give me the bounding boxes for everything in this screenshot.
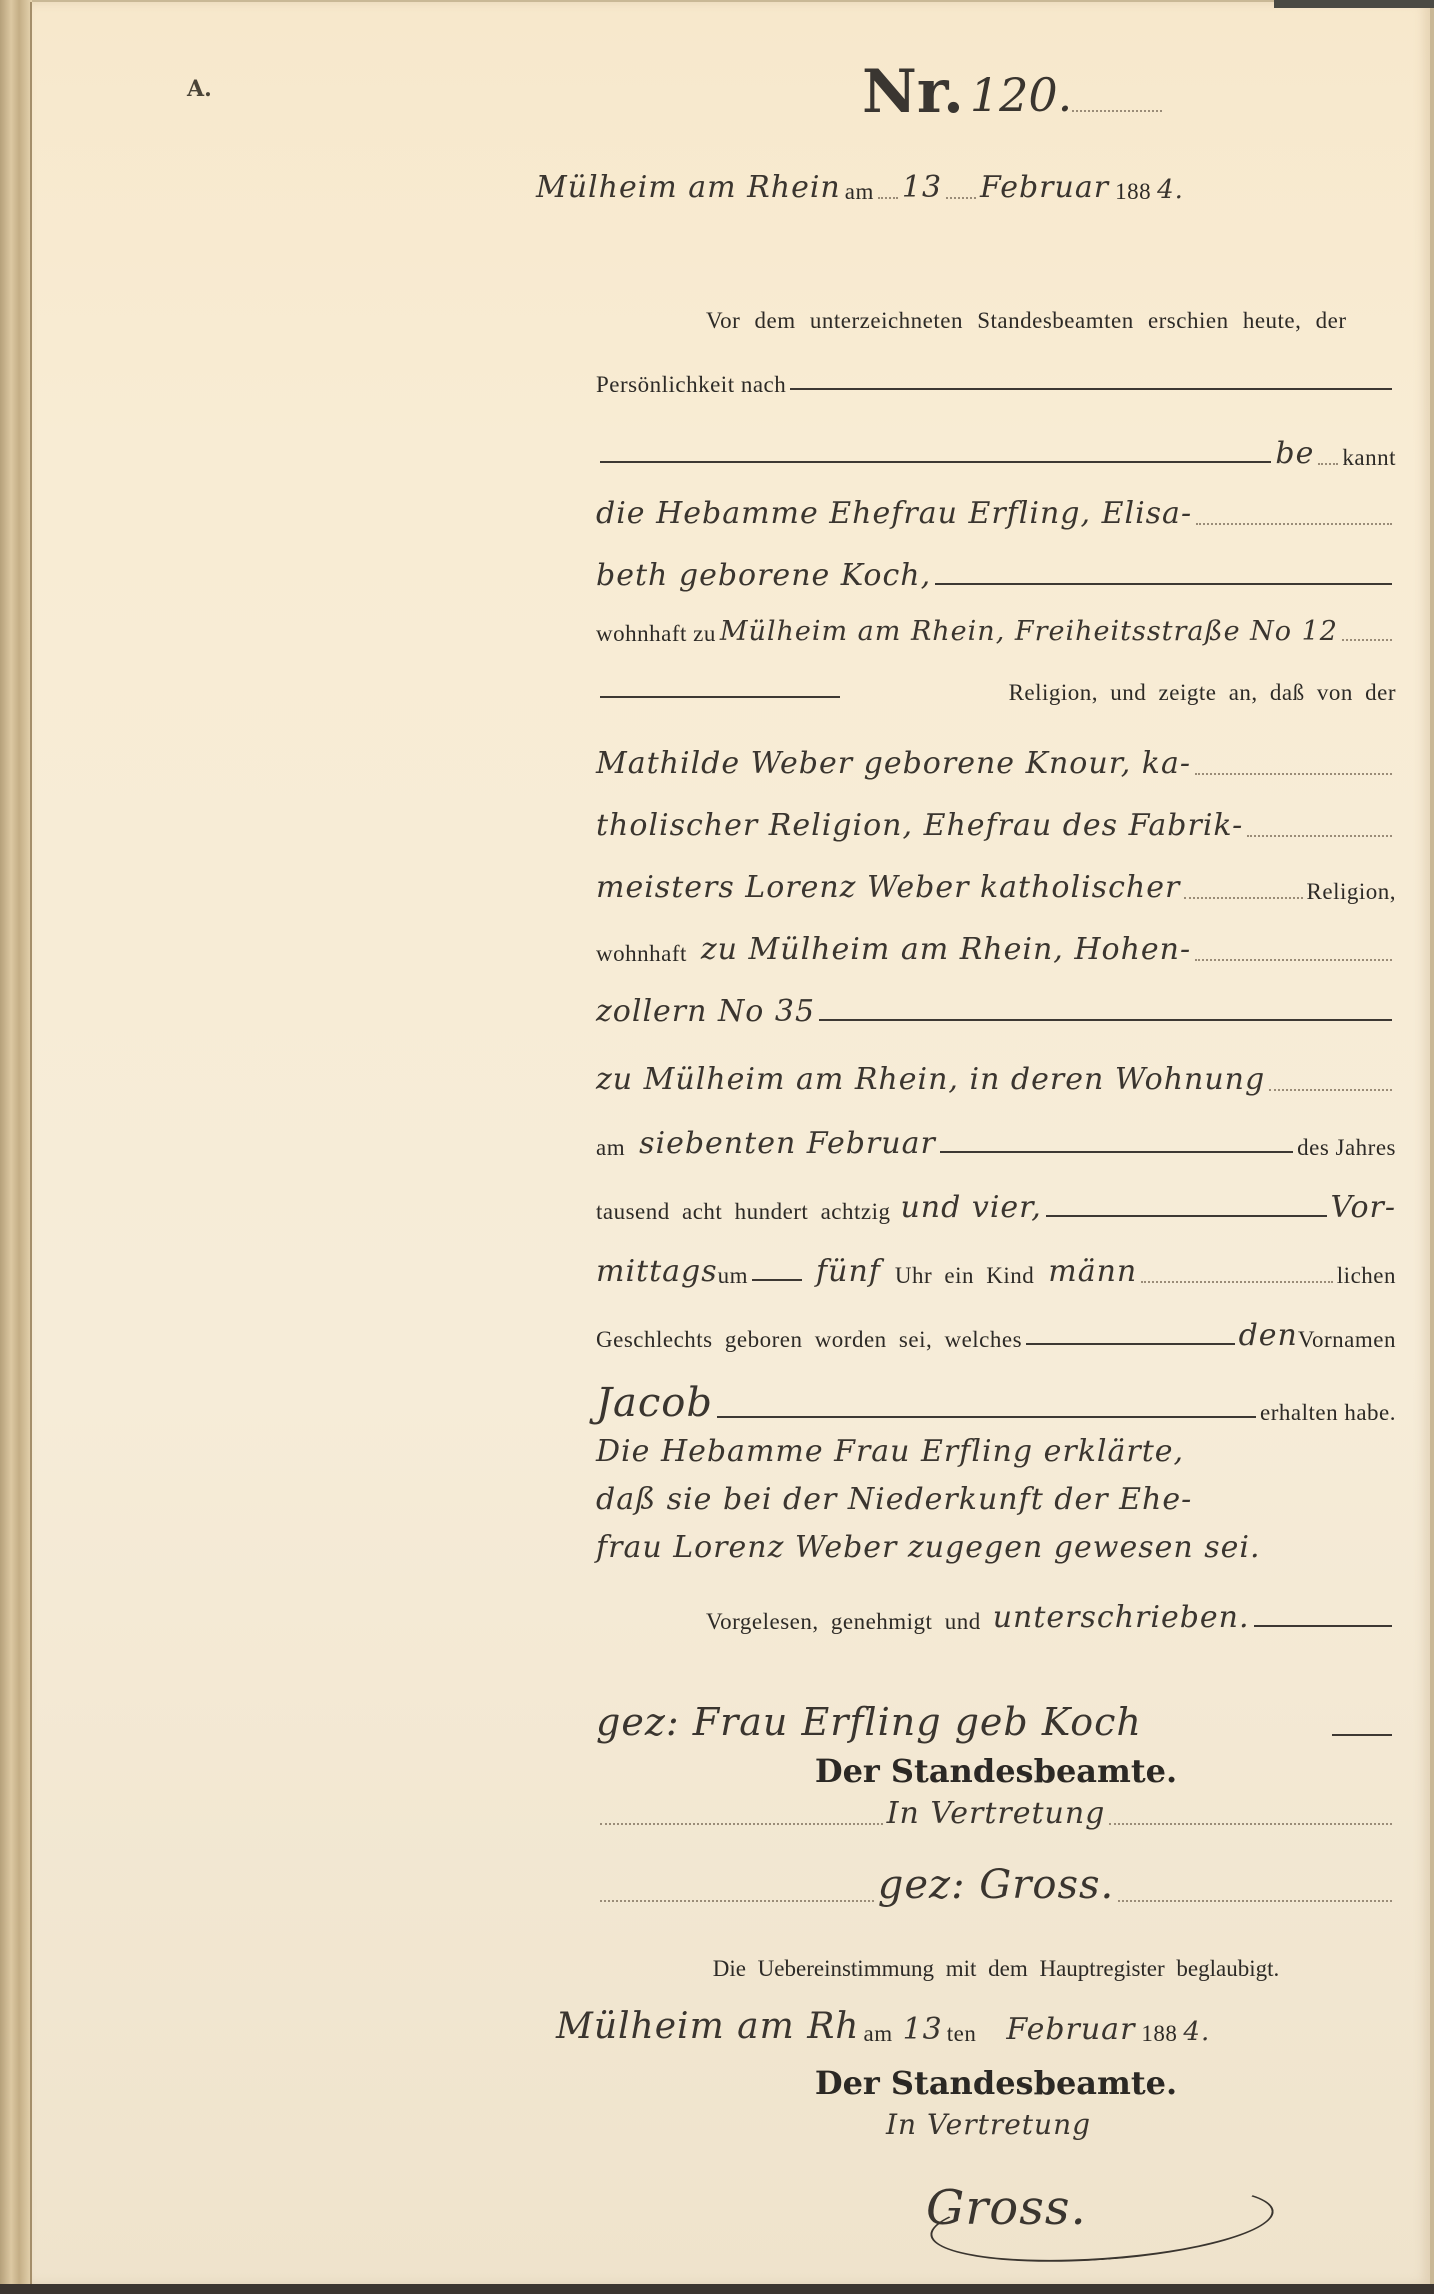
mother-residence-line: wohnhaft zu Mülheim am Rhein, Hohen- (596, 932, 1396, 967)
birth-place-line: zu Mülheim am Rhein, in deren Wohnung (596, 1062, 1396, 1097)
cert-am: am (863, 2021, 892, 2047)
hour-value: fünf (816, 1254, 881, 1289)
dotline (1195, 773, 1392, 775)
known-hand: be (1275, 436, 1314, 471)
blank-rule (752, 1279, 802, 1281)
residence-line: wohnhaft zu Mülheim am Rhein, Freiheitss… (596, 616, 1396, 647)
page-stack-edge (0, 0, 32, 2294)
dotline (600, 1900, 874, 1902)
mother-line-2: tholischer Religion, Ehefrau des Fabrik- (596, 808, 1396, 843)
book-bottom-edge (0, 2284, 1434, 2294)
blank-rule (819, 1019, 1392, 1021)
time-prefix: Vor- (1331, 1190, 1396, 1225)
dotline (1196, 523, 1392, 525)
header-date-line: Mülheim am Rhein am 13 Februar 188 4. (536, 170, 1396, 205)
official-title: Der Standesbeamte. (596, 1752, 1396, 1790)
dotline (878, 197, 898, 199)
dotline (1184, 897, 1302, 899)
sex-value: männ (1048, 1254, 1137, 1289)
residence-label: wohnhaft zu (596, 621, 716, 647)
child-label: Uhr ein Kind (895, 1263, 1034, 1289)
corner-label: A. (187, 76, 212, 102)
mother-residence-value-2: zollern No 35 (596, 994, 815, 1029)
cert-year-prefix: 188 (1141, 2021, 1177, 2047)
blank-rule (1046, 1215, 1327, 1217)
remark-line-1: Die Hebamme Frau Erfling erklärte, (596, 1434, 1396, 1469)
blank-rule (1026, 1343, 1235, 1345)
dotline (1141, 1281, 1333, 1283)
known-print: kannt (1342, 445, 1396, 471)
deputy-text-2: In Vertretung (886, 2108, 1091, 2141)
number-dotline (1072, 110, 1162, 112)
informant-text-2: beth geborene Koch, (596, 558, 931, 593)
birth-year-line: tausend acht hundert achtzig und vier, V… (596, 1190, 1396, 1225)
dotline (1318, 463, 1338, 465)
am-label: am (845, 179, 874, 205)
personality-label: Persönlichkeit nach (596, 372, 786, 398)
mother-residence-value-1: zu Mülheim am Rhein, Hohen- (701, 932, 1191, 967)
mother-residence-label: wohnhaft (596, 941, 687, 967)
blank-rule (717, 1416, 1256, 1418)
cert-year-suffix: 4. (1183, 2017, 1210, 2047)
read-approved-line: Vorgelesen, genehmigt und unterschrieben… (596, 1600, 1396, 1635)
informant-signature: gez: Frau Erfling geb Koch (596, 1700, 1142, 1744)
number-label: Nr. (862, 62, 964, 122)
year-suffix: 4. (1157, 175, 1184, 205)
personality-line: Persönlichkeit nach (596, 372, 1396, 398)
year-label: des Jahres (1297, 1135, 1396, 1161)
place-value: Mülheim am Rhein (536, 170, 841, 205)
mother-text-1: Mathilde Weber geborene Knour, ka- (596, 746, 1191, 781)
mother-text-3: meisters Lorenz Weber katholischer (596, 870, 1180, 905)
dotline (1118, 1900, 1392, 1902)
birth-time-line: mittags um fünf Uhr ein Kind männ lichen (596, 1254, 1396, 1289)
known-line: be kannt (596, 436, 1396, 471)
cert-place: Mülheim am Rh (556, 2006, 859, 2047)
remark-line-3: frau Lorenz Weber zugegen gewesen sei. (596, 1530, 1396, 1565)
birth-date-line: am siebenten Februar des Jahres (596, 1126, 1396, 1161)
remark-line-2: daß sie bei der Niederkunft der Ehe- (596, 1482, 1396, 1517)
informant-signature-line: gez: Frau Erfling geb Koch (596, 1700, 1396, 1744)
intro-text: Vor dem unterzeichneten Standesbeamten e… (706, 308, 1347, 334)
book-top-edge (1274, 0, 1434, 8)
vornamen-label: Vornamen (1298, 1327, 1396, 1353)
dotline (1342, 639, 1392, 641)
informant-text-1: die Hebamme Ehefrau Erfling, Elisa- (596, 496, 1192, 531)
remark-text-1: Die Hebamme Frau Erfling erklärte, (596, 1434, 1184, 1469)
residence-value: Mülheim am Rhein, Freiheitsstraße No 12 (720, 616, 1338, 647)
religion-label-2: Religion, (1307, 879, 1396, 905)
year-text-print: tausend acht hundert achtzig (596, 1199, 890, 1225)
dotline (1247, 835, 1392, 837)
month-value: Februar (980, 170, 1109, 205)
cert-month: Februar (1006, 2012, 1135, 2047)
deputy-line: In Vertretung (596, 1796, 1396, 1831)
mother-line-3: meisters Lorenz Weber katholischer Relig… (596, 870, 1396, 905)
blank-rule (600, 696, 840, 698)
year-prefix: 188 (1115, 179, 1151, 205)
religion-label: Religion, und zeigte an, daß von der (1009, 680, 1396, 706)
deputy-signature-line: gez: Gross. (596, 1862, 1396, 1908)
deputy-text: In Vertretung (887, 1796, 1106, 1831)
number-value: 120. (970, 68, 1072, 122)
dotline (1269, 1089, 1392, 1091)
sex-suffix: lichen (1337, 1263, 1396, 1289)
blank-rule (940, 1151, 1293, 1153)
blank-rule (790, 388, 1392, 390)
certification-text: Die Uebereinstimmung mit dem Hauptregist… (596, 1956, 1396, 1982)
blank-rule (1254, 1625, 1392, 1627)
year-text-hand: und vier, (900, 1190, 1041, 1225)
dotline (946, 197, 976, 199)
dotline (1109, 1823, 1392, 1825)
mother-residence-line-2: zollern No 35 (596, 994, 1396, 1029)
date-value: siebenten Februar (639, 1126, 936, 1161)
record-number: Nr. 120. (862, 62, 1162, 122)
gender-line: Geschlechts geboren worden sei, welches … (596, 1318, 1396, 1353)
deputy-line-2: In Vertretung (596, 2108, 1396, 2141)
remark-text-2: daß sie bei der Niederkunft der Ehe- (596, 1482, 1192, 1517)
um-label: um (718, 1263, 748, 1289)
cert-ten: ten (947, 2021, 977, 2047)
dotline (1195, 959, 1392, 961)
den-value: den (1239, 1318, 1298, 1353)
gender-label: Geschlechts geboren worden sei, welches (596, 1327, 1022, 1353)
certification-date-line: Mülheim am Rh am 13 ten Februar 188 4. (556, 2006, 1396, 2047)
day-value: 13 (902, 170, 942, 205)
dotline (600, 1823, 883, 1825)
child-name: Jacob (596, 1380, 713, 1426)
child-name-line: Jacob erhalten habe. (596, 1380, 1396, 1426)
deputy-signature: gez: Gross. (878, 1862, 1114, 1908)
informant-line-2: beth geborene Koch, (596, 558, 1396, 593)
time-value: mittags (596, 1254, 718, 1289)
blank-rule (600, 461, 1271, 463)
mother-text-2: tholischer Religion, Ehefrau des Fabrik- (596, 808, 1243, 843)
blank-rule (935, 583, 1392, 585)
religion-line: Religion, und zeigte an, daß von der (596, 680, 1396, 706)
intro-line: Vor dem unterzeichneten Standesbeamten e… (596, 308, 1396, 334)
mother-line-1: Mathilde Weber geborene Knour, ka- (596, 746, 1396, 781)
date-label: am (596, 1135, 625, 1161)
remark-text-3: frau Lorenz Weber zugegen gewesen sei. (596, 1530, 1260, 1565)
read-value: unterschrieben. (993, 1600, 1250, 1635)
received-label: erhalten habe. (1260, 1400, 1396, 1426)
read-label: Vorgelesen, genehmigt und (706, 1609, 981, 1635)
cert-day: 13 (903, 2012, 943, 2047)
informant-line-1: die Hebamme Ehefrau Erfling, Elisa- (596, 496, 1396, 531)
blank-rule (1332, 1734, 1392, 1736)
birth-place-value: zu Mülheim am Rhein, in deren Wohnung (596, 1062, 1265, 1097)
official-title-2: Der Standesbeamte. (596, 2064, 1396, 2102)
